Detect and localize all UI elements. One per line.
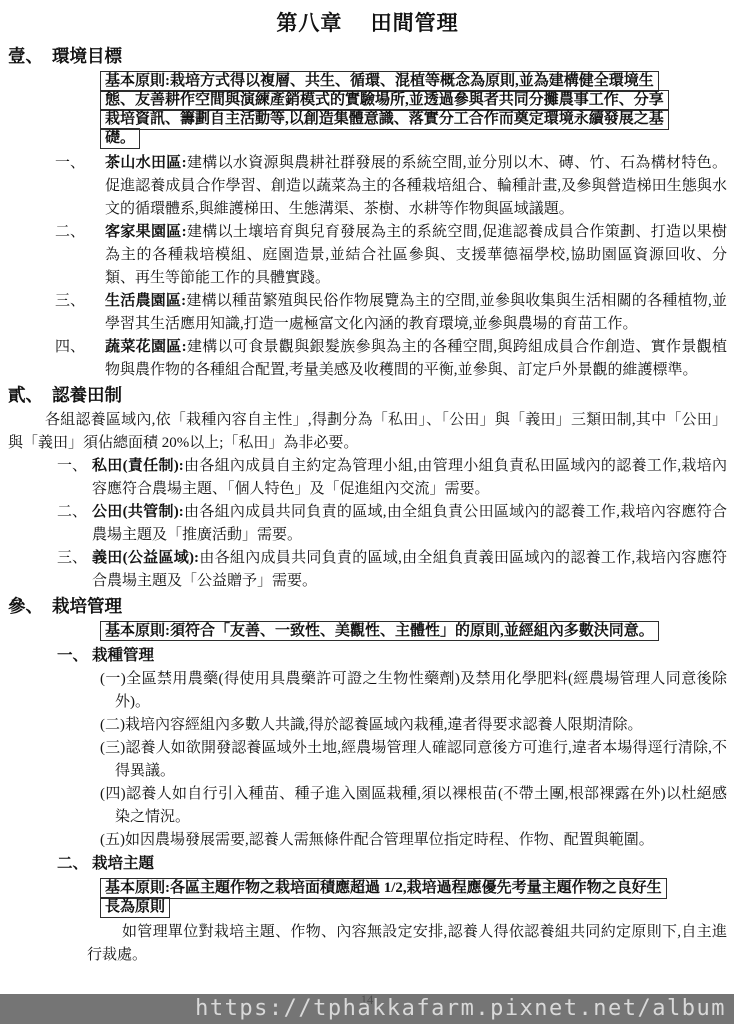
item-term: 栽培主題 [92,855,154,872]
list-item-zone-1: 一、茶山水田區:建構以水資源與農耕社群發展的系統空間,並分別以木、磚、竹、石為構… [8,152,727,221]
list-item-field-3: 三、義田(公益區域):由各組內成員共同負責的區域,由全組負責義田區域內的認養工作… [8,547,727,593]
item-number: 三、 [57,547,87,570]
watermark-url: https://tphakkafarm.pixnet.net/album [195,996,734,1021]
item-text: 建構以種苗繁殖與民俗作物展覽為主的空間,並參與收集與生活相關的各種植物,並學習其… [105,293,727,332]
principle-line: 長為原則 [100,897,170,918]
item-number: 二、 [55,221,85,244]
document-content: 第八章 田間管理 壹、環境目標 基本原則:栽培方式得以複層、共生、循環、混植等概… [0,0,734,967]
list-item-zone-4: 四、蔬菜花園區:建構以可食景觀與銀髮族參與為主的各種空間,與跨組成員合作創造、實… [8,336,727,382]
item-number: 二、 [57,852,88,876]
item-term: 蔬菜花園區: [105,339,187,355]
sub-item-5: (五)如因農場發展需要,認養人需無條件配合管理單位指定時程、作物、配置與範圍。 [115,829,727,852]
item-number: 一、 [57,455,87,478]
sub-item-4: (四)認養人如自行引入種苗、種子進入園區栽種,須以裸根苗(不帶土團,根部裸露在外… [115,783,727,829]
item-number: 四、 [55,336,85,359]
page-title: 第八章 田間管理 [8,7,727,37]
item-text: 由各組內成員自主約定為管理小組,由管理小組負責私田區域內的認養工作,栽培內容應符… [92,458,727,497]
list-item-zone-2: 二、客家果園區:建構以土壤培育與兒育發展為主的系統空間,促進認養成員合作策劃、打… [8,221,727,290]
item-term: 茶山水田區: [105,155,187,171]
section-heading-3: 參、栽培管理 [8,594,727,619]
item-number: 一、 [55,152,85,175]
principle-line: 栽培資訊、籌劃自主活動等,以創造集體意識、落實分工合作而奠定環境永續發展之基 [100,109,669,130]
sub-item-3: (三)認養人如欲開發認養區域外土地,經農場管理人確認同意後方可進行,違者本場得逕… [115,737,727,783]
list-item-field-1: 一、私田(責任制):由各組內成員自主約定為管理小組,由管理小組負責私田區域內的認… [8,455,727,501]
section-intro-paragraph: 各組認養區域內,依「栽種內容自主性」,得劃分為「私田」、「公田」與「義田」三類田… [8,409,727,455]
item-term: 客家果園區: [105,224,187,240]
item-term: 私田(責任制): [92,458,184,474]
section-title: 栽培管理 [52,596,122,616]
section-label: 壹、 [8,46,43,66]
section-title: 環境目標 [52,46,122,66]
item-text: 由各組內成員共同負責的區域,由全組負責公田區域內的認養工作,栽培內容應符合農場主… [92,504,727,543]
item-term: 栽種管理 [92,647,154,664]
item-number: 三、 [55,290,85,313]
section-label: 貳、 [8,385,43,405]
section-title: 認養田制 [52,385,122,405]
principle-line: 態、友善耕作空間與演練產銷模式的實驗場所,並透過參與者共同分攤農事工作、分享 [100,90,669,111]
sub-item-1: (一)全區禁用農藥(得使用具農藥許可證之生物性藥劑)及禁用化學肥料(經農場管理人… [115,668,727,714]
principle-box-cultivation: 基本原則:須符合「友善、一致性、美觀性、主體性」的原則,並經組內多數決同意。 [100,621,727,642]
item-term: 生活農園區: [105,293,186,309]
list-item-zone-3: 三、生活農園區:建構以種苗繁殖與民俗作物展覽為主的空間,並參與收集與生活相關的各… [8,290,727,336]
watermark-bar: https://tphakkafarm.pixnet.net/album [0,994,734,1024]
principle-line: 基本原則:各區主題作物之栽培面積應超過 1/2,栽培過程應優先考量主題作物之良好… [100,878,667,899]
closing-paragraph: 如管理單位對栽培主題、作物、內容無設定安排,認養人得依認養組共同約定原則下,自主… [87,921,727,967]
item-text: 建構以水資源與農耕社群發展的系統空間,並分別以木、磚、竹、石為構材特色。促進認養… [105,155,727,217]
document-page: 第八章 田間管理 壹、環境目標 基本原則:栽培方式得以複層、共生、循環、混植等概… [0,0,734,1024]
principle-line: 基本原則:須符合「友善、一致性、美觀性、主體性」的原則,並經組內多數決同意。 [100,621,659,642]
item-number: 二、 [57,501,87,524]
principle-line: 基本原則:栽培方式得以複層、共生、循環、混植等概念為原則,並為建構健全環境生 [100,71,659,92]
principle-box-environment: 基本原則:栽培方式得以複層、共生、循環、混植等概念為原則,並為建構健全環境生 態… [100,71,727,149]
item-term: 義田(公益區域): [92,550,199,566]
section-label: 參、 [8,596,43,616]
subsection-heading-planting: 一、栽種管理 [8,644,727,668]
subsection-heading-theme: 二、栽培主題 [8,852,727,876]
list-item-field-2: 二、公田(共管制):由各組內成員共同負責的區域,由全組負責公田區域內的認養工作,… [8,501,727,547]
principle-line: 礎。 [100,128,140,149]
item-number: 一、 [57,644,88,668]
section-heading-1: 壹、環境目標 [8,44,727,69]
principle-box-theme: 基本原則:各區主題作物之栽培面積應超過 1/2,栽培過程應優先考量主題作物之良好… [100,878,727,918]
sub-item-2: (二)栽培內容經組內多數人共識,得於認養區域內栽種,違者得要求認養人限期清除。 [115,714,727,737]
item-term: 公田(共管制): [92,504,184,520]
item-text: 建構以土壤培育與兒育發展為主的系統空間,促進認養成員合作策劃、打造以果樹為主的各… [105,224,727,286]
section-heading-2: 貳、認養田制 [8,383,727,408]
item-text: 建構以可食景觀與銀髮族參與為主的各種空間,與跨組成員合作創造、實作景觀植物與農作… [105,339,727,378]
